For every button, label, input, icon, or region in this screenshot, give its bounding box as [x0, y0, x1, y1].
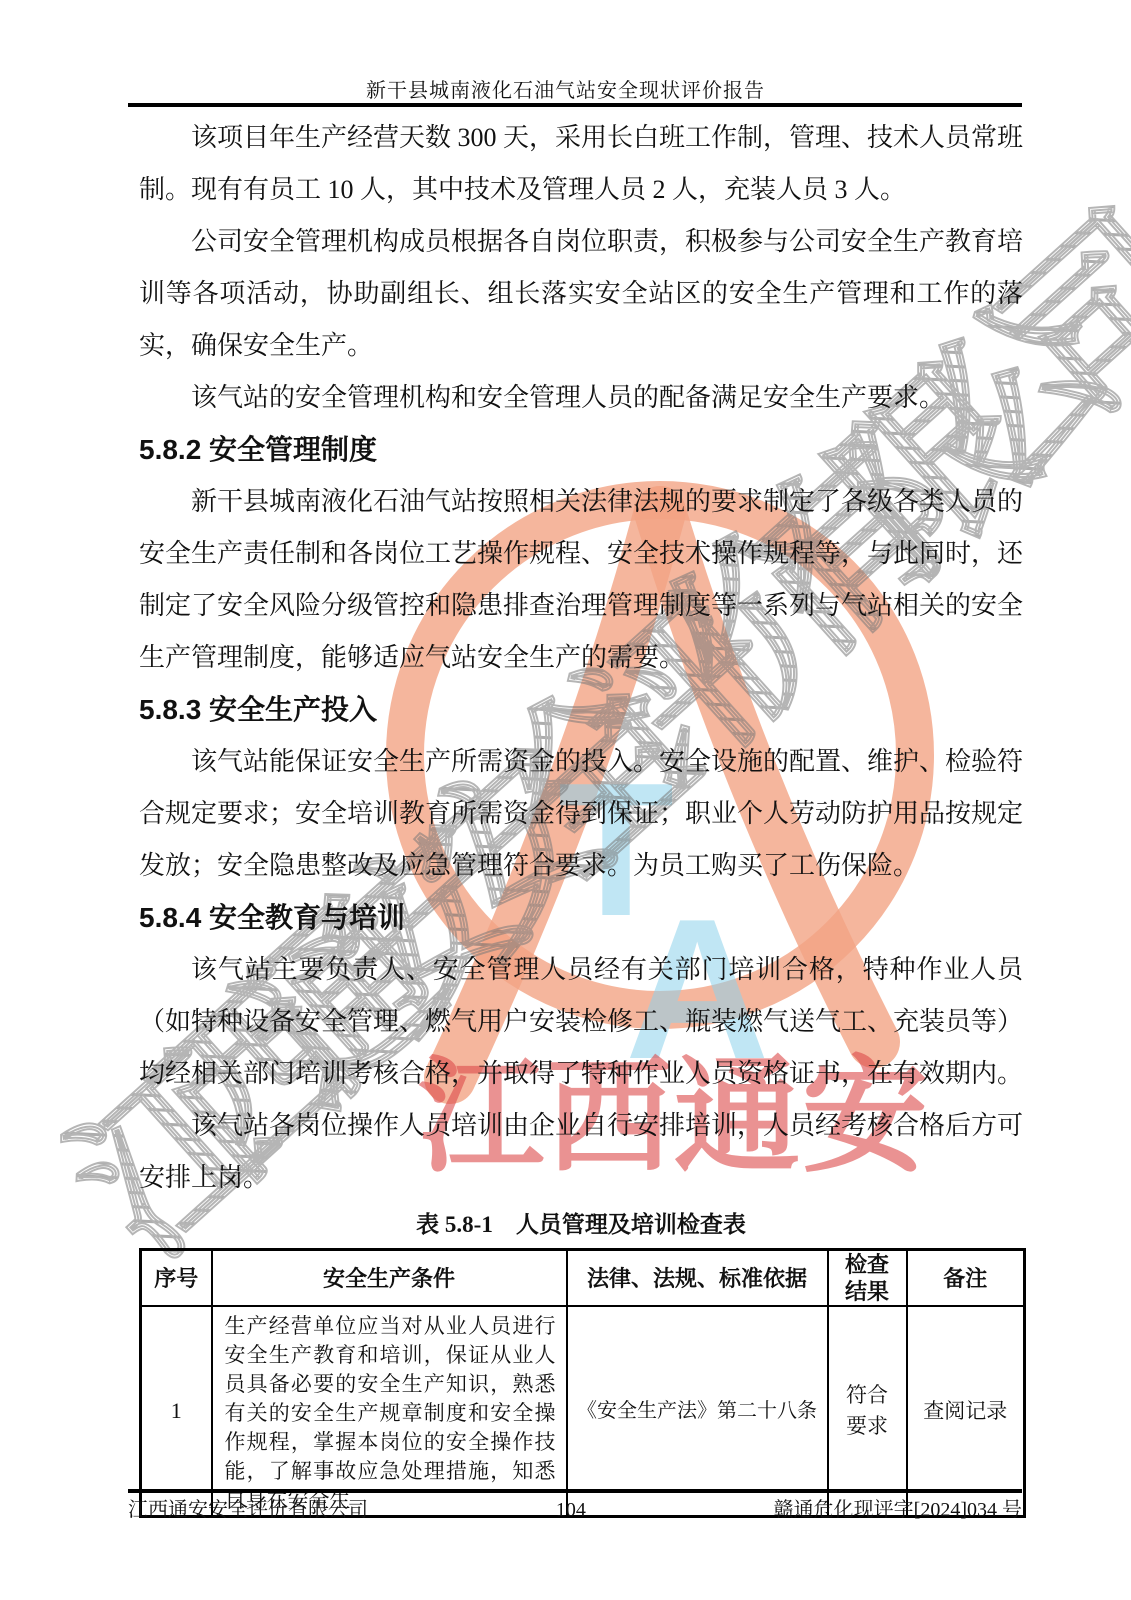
cell-basis: 《安全生产法》第二十八条: [567, 1306, 828, 1517]
header-rule: [128, 103, 1022, 107]
table-row: 1 生产经营单位应当对从业人员进行安全生产教育和培训，保证从业人员具备必要的安全…: [141, 1306, 1025, 1517]
cell-result: 符合要求: [828, 1306, 907, 1517]
cell-remark: 查阅记录: [907, 1306, 1025, 1517]
footer-rule: [128, 1489, 1022, 1493]
cell-index: 1: [141, 1306, 212, 1517]
footer-company: 江西通安安全评价有限公司: [128, 1497, 368, 1523]
column-header-basis: 法律、法规、标准依据: [567, 1250, 828, 1307]
personnel-training-check-table: 序号 安全生产条件 法律、法规、标准依据 检查结果 备注 1 生产经营单位应当对…: [139, 1248, 1026, 1518]
column-header-remark: 备注: [907, 1250, 1025, 1307]
paragraph-safety-investment: 该气站能保证安全生产所需资金的投入。安全设施的配置、维护、检验符合规定要求；安全…: [139, 736, 1023, 892]
paragraph-post-training: 该气站各岗位操作人员培训由企业自行安排培训，人员经考核合格后方可安排上岗。: [139, 1100, 1023, 1204]
heading-5-8-2: 5.8.2 安全管理制度: [139, 424, 1023, 476]
heading-5-8-4: 5.8.4 安全教育与培训: [139, 892, 1023, 944]
column-header-condition: 安全生产条件: [212, 1250, 567, 1307]
table-header-row: 序号 安全生产条件 法律、法规、标准依据 检查结果 备注: [141, 1250, 1025, 1307]
paragraph-staffing: 该项目年生产经营天数 300 天，采用长白班工作制，管理、技术人员常班制。现有有…: [139, 112, 1023, 216]
paragraph-management-members: 公司安全管理机构成员根据各自岗位职责，积极参与公司安全生产教育培训等各项活动，协…: [139, 216, 1023, 372]
column-header-result: 检查结果: [828, 1250, 907, 1307]
paragraph-management-meets: 该气站的安全管理机构和安全管理人员的配备满足安全生产要求。: [139, 372, 1023, 424]
footer-doc-number: 赣通危化现评字[2024]034 号: [774, 1497, 1022, 1523]
page-header-title: 新干县城南液化石油气站安全现状评价报告: [0, 74, 1131, 103]
paragraph-management-system: 新干县城南液化石油气站按照相关法律法规的要求制定了各级各类人员的安全生产责任制和…: [139, 476, 1023, 684]
table-caption: 表 5.8-1 人员管理及培训检查表: [139, 1208, 1023, 1242]
column-header-index: 序号: [141, 1250, 212, 1307]
document-body: 该项目年生产经营天数 300 天，采用长白班工作制，管理、技术人员常班制。现有有…: [139, 112, 1023, 1518]
cell-condition: 生产经营单位应当对从业人员进行安全生产教育和培训，保证从业人员具备必要的安全生产…: [212, 1306, 567, 1517]
heading-5-8-3: 5.8.3 安全生产投入: [139, 684, 1023, 736]
document-page: T A 江西通安安全评价有限公司 江西通安 新干县城南液化石油气站安全现状评价报…: [0, 0, 1131, 1600]
page-footer: 江西通安安全评价有限公司 104 赣通危化现评字[2024]034 号: [128, 1497, 1022, 1523]
footer-page-number: 104: [556, 1497, 586, 1523]
paragraph-education-training: 该气站主要负责人、安全管理人员经有关部门培训合格，特种作业人员（如特种设备安全管…: [139, 944, 1023, 1100]
